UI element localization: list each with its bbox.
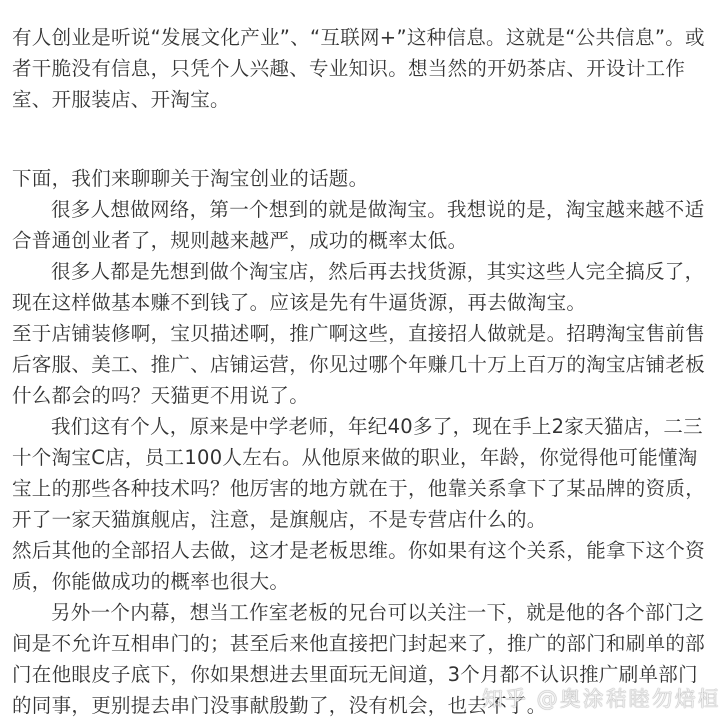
paragraph-supply-first: 很多人都是先想到做个淘宝店，然后再去找货源，其实这些人完全搞反了，现在这样做基本… bbox=[12, 256, 712, 318]
zhihu-watermark: 知乎 @奥涂秸睦勿焙桓 bbox=[482, 683, 720, 713]
paragraph-taobao-hard: 很多人想做网络，第一个想到的就是做淘宝。我想说的是，淘宝越来越不适合普通创业者了… bbox=[12, 194, 712, 256]
paragraph-public-info: 有人创业是听说“发展文化产业”、“互联网+”这种信息。这就是“公共信息”。或者干… bbox=[12, 22, 712, 115]
paragraph-gap bbox=[12, 115, 712, 163]
paragraph-teacher-story: 我们这有个人，原来是中学老师，年纪40多了，现在手上2家天猫店，二三十个淘宝C店… bbox=[12, 411, 712, 535]
paragraph-hire-staff: 至于店铺装修啊，宝贝描述啊，推广啊这些，直接招人做就是。招聘淘宝售前售后客服、美… bbox=[12, 318, 712, 411]
paragraph-boss-thinking: 然后其他的全部招人去做，这才是老板思维。你如果有这个关系，能拿下这个资质，你能做… bbox=[12, 535, 712, 597]
paragraph-taobao-intro: 下面，我们来聊聊关于淘宝创业的话题。 bbox=[12, 163, 712, 194]
article-body: 有人创业是听说“发展文化产业”、“互联网+”这种信息。这就是“公共信息”。或者干… bbox=[12, 0, 712, 721]
